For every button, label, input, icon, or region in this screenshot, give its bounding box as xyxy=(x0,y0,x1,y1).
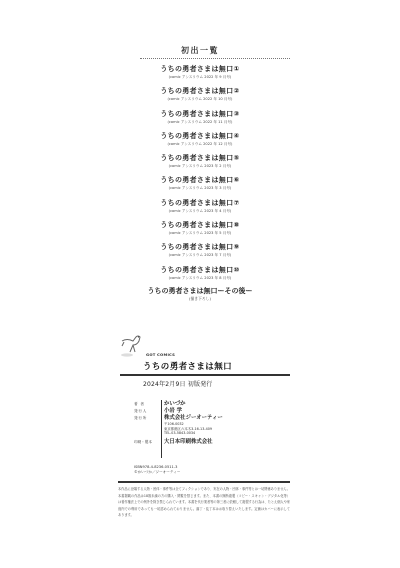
toc-title: 初出一覧 xyxy=(0,45,400,56)
isbn-block: ISBN978-4-8236-0511-3 ©かいづか／ジーオーティー xyxy=(134,465,180,475)
toc-item-magazine: (comic アンスリウム 2023 年 3 月号) xyxy=(0,185,400,191)
title-divider xyxy=(120,374,290,376)
toc-item: うちの勇者さまは無口③(comic アンスリウム 2022 年 11 月号) xyxy=(0,109,400,131)
credit-label: 発行所 xyxy=(134,415,158,422)
toc-item-magazine: (描き下ろし) xyxy=(0,296,400,302)
credit-value: 大日本印刷株式会社 xyxy=(164,439,213,446)
copyright: ©かいづか／ジーオーティー xyxy=(134,470,180,475)
credit-row-author: 著 者 かいづか xyxy=(134,401,304,408)
phone-number: TEL.03-5843-0034 xyxy=(164,431,304,436)
toc-item-title: うちの勇者さまは無口⑧ xyxy=(0,220,400,230)
toc-item-title: うちの勇者さまは無口⑩ xyxy=(0,265,400,275)
toc-item-magazine: (comic アンスリウム 2022 年 10 月号) xyxy=(0,96,400,102)
toc-item: うちの勇者さまは無口⑨(comic アンスリウム 2023 年 7 月号) xyxy=(0,242,400,264)
publisher-logo-icon xyxy=(118,332,144,358)
toc-item-title: うちの勇者さまは無口① xyxy=(0,64,400,74)
toc-item-title: うちの勇者さまは無口④ xyxy=(0,131,400,141)
credit-value: かいづか xyxy=(164,401,186,408)
publication-date: 2024年2月9日 初版発行 xyxy=(143,379,213,388)
toc-item-title: うちの勇者さまは無口⑦ xyxy=(0,198,400,208)
toc-item: うちの勇者さまは無口⑩(comic アンスリウム 2023 年 8 月号) xyxy=(0,265,400,287)
toc-item: うちの勇者さまは無口⑤(comic アンスリウム 2023 年 2 月号) xyxy=(0,153,400,175)
toc-item-title: うちの勇者さまは無口② xyxy=(0,86,400,96)
toc-item-title: うちの勇者さまは無口⑤ xyxy=(0,153,400,163)
toc-list: うちの勇者さまは無口①(comic アンスリウム 2022 年 9 月号) うち… xyxy=(0,64,400,287)
toc-item: うちの勇者さまは無口⑥(comic アンスリウム 2023 年 3 月号) xyxy=(0,175,400,197)
toc-item-magazine: (comic アンスリウム 2023 年 5 月号) xyxy=(0,230,400,236)
credit-label: 印刷・製本 xyxy=(134,439,158,446)
credit-label: 発行人 xyxy=(134,408,158,415)
toc-item: うちの勇者さまは無口⑦(comic アンスリウム 2023 年 4 月号) xyxy=(0,198,400,220)
toc-item-title: うちの勇者さまは無口③ xyxy=(0,109,400,119)
notice-divider xyxy=(118,481,290,483)
credit-value: 株式会社ジーオーティー xyxy=(164,415,223,422)
credit-row-printer: 印刷・製本 大日本印刷株式会社 xyxy=(134,439,304,446)
book-title: うちの勇者さまは無口 xyxy=(143,360,232,372)
colophon-page: 初出一覧 うちの勇者さまは無口①(comic アンスリウム 2022 年 9 月… xyxy=(0,0,400,568)
toc-item-title: うちの勇者さまは無口⑨ xyxy=(0,242,400,252)
toc-item: うちの勇者さまは無口⑧(comic アンスリウム 2023 年 5 月号) xyxy=(0,220,400,242)
toc-item-magazine: (comic アンスリウム 2023 年 2 月号) xyxy=(0,163,400,169)
toc-item-magazine: (comic アンスリウム 2022 年 12 月号) xyxy=(0,141,400,147)
credit-row-publisher: 発行所 株式会社ジーオーティー xyxy=(134,415,304,422)
toc-item-magazine: (comic アンスリウム 2023 年 4 月号) xyxy=(0,208,400,214)
credit-label: 著 者 xyxy=(134,401,158,408)
toc-item: うちの勇者さまは無口①(comic アンスリウム 2022 年 9 月号) xyxy=(0,64,400,86)
toc-item-title: うちの勇者さまは無口⑥ xyxy=(0,175,400,185)
toc-item-magazine: (comic アンスリウム 2022 年 9 月号) xyxy=(0,74,400,80)
series-label: GOT COMICS xyxy=(146,352,175,357)
toc-item-title: うちの勇者さまは無口ーその後ー xyxy=(0,286,400,296)
toc-item: うちの勇者さまは無口②(comic アンスリウム 2022 年 10 月号) xyxy=(0,86,400,108)
toc-item: うちの勇者さまは無口④(comic アンスリウム 2022 年 12 月号) xyxy=(0,131,400,153)
toc-item-magazine: (comic アンスリウム 2022 年 11 月号) xyxy=(0,119,400,125)
credits-block: 著 者 かいづか 発行人 小岩 学 発行所 株式会社ジーオーティー 〒106-0… xyxy=(134,401,304,446)
credit-row-publisher-person: 発行人 小岩 学 xyxy=(134,408,304,415)
credit-value: 小岩 学 xyxy=(164,408,182,415)
toc-item-magazine: (comic アンスリウム 2023 年 7 月号) xyxy=(0,252,400,258)
toc-item-magazine: (comic アンスリウム 2023 年 8 月号) xyxy=(0,275,400,281)
toc-dotted-rule xyxy=(140,58,290,59)
toc-item-epilogue: うちの勇者さまは無口ーその後ー (描き下ろし) xyxy=(0,286,400,302)
legal-notice: 本作品に登場する人物・団体・事件等は全てフィクションであり、実在の人物・団体・事… xyxy=(118,486,290,519)
